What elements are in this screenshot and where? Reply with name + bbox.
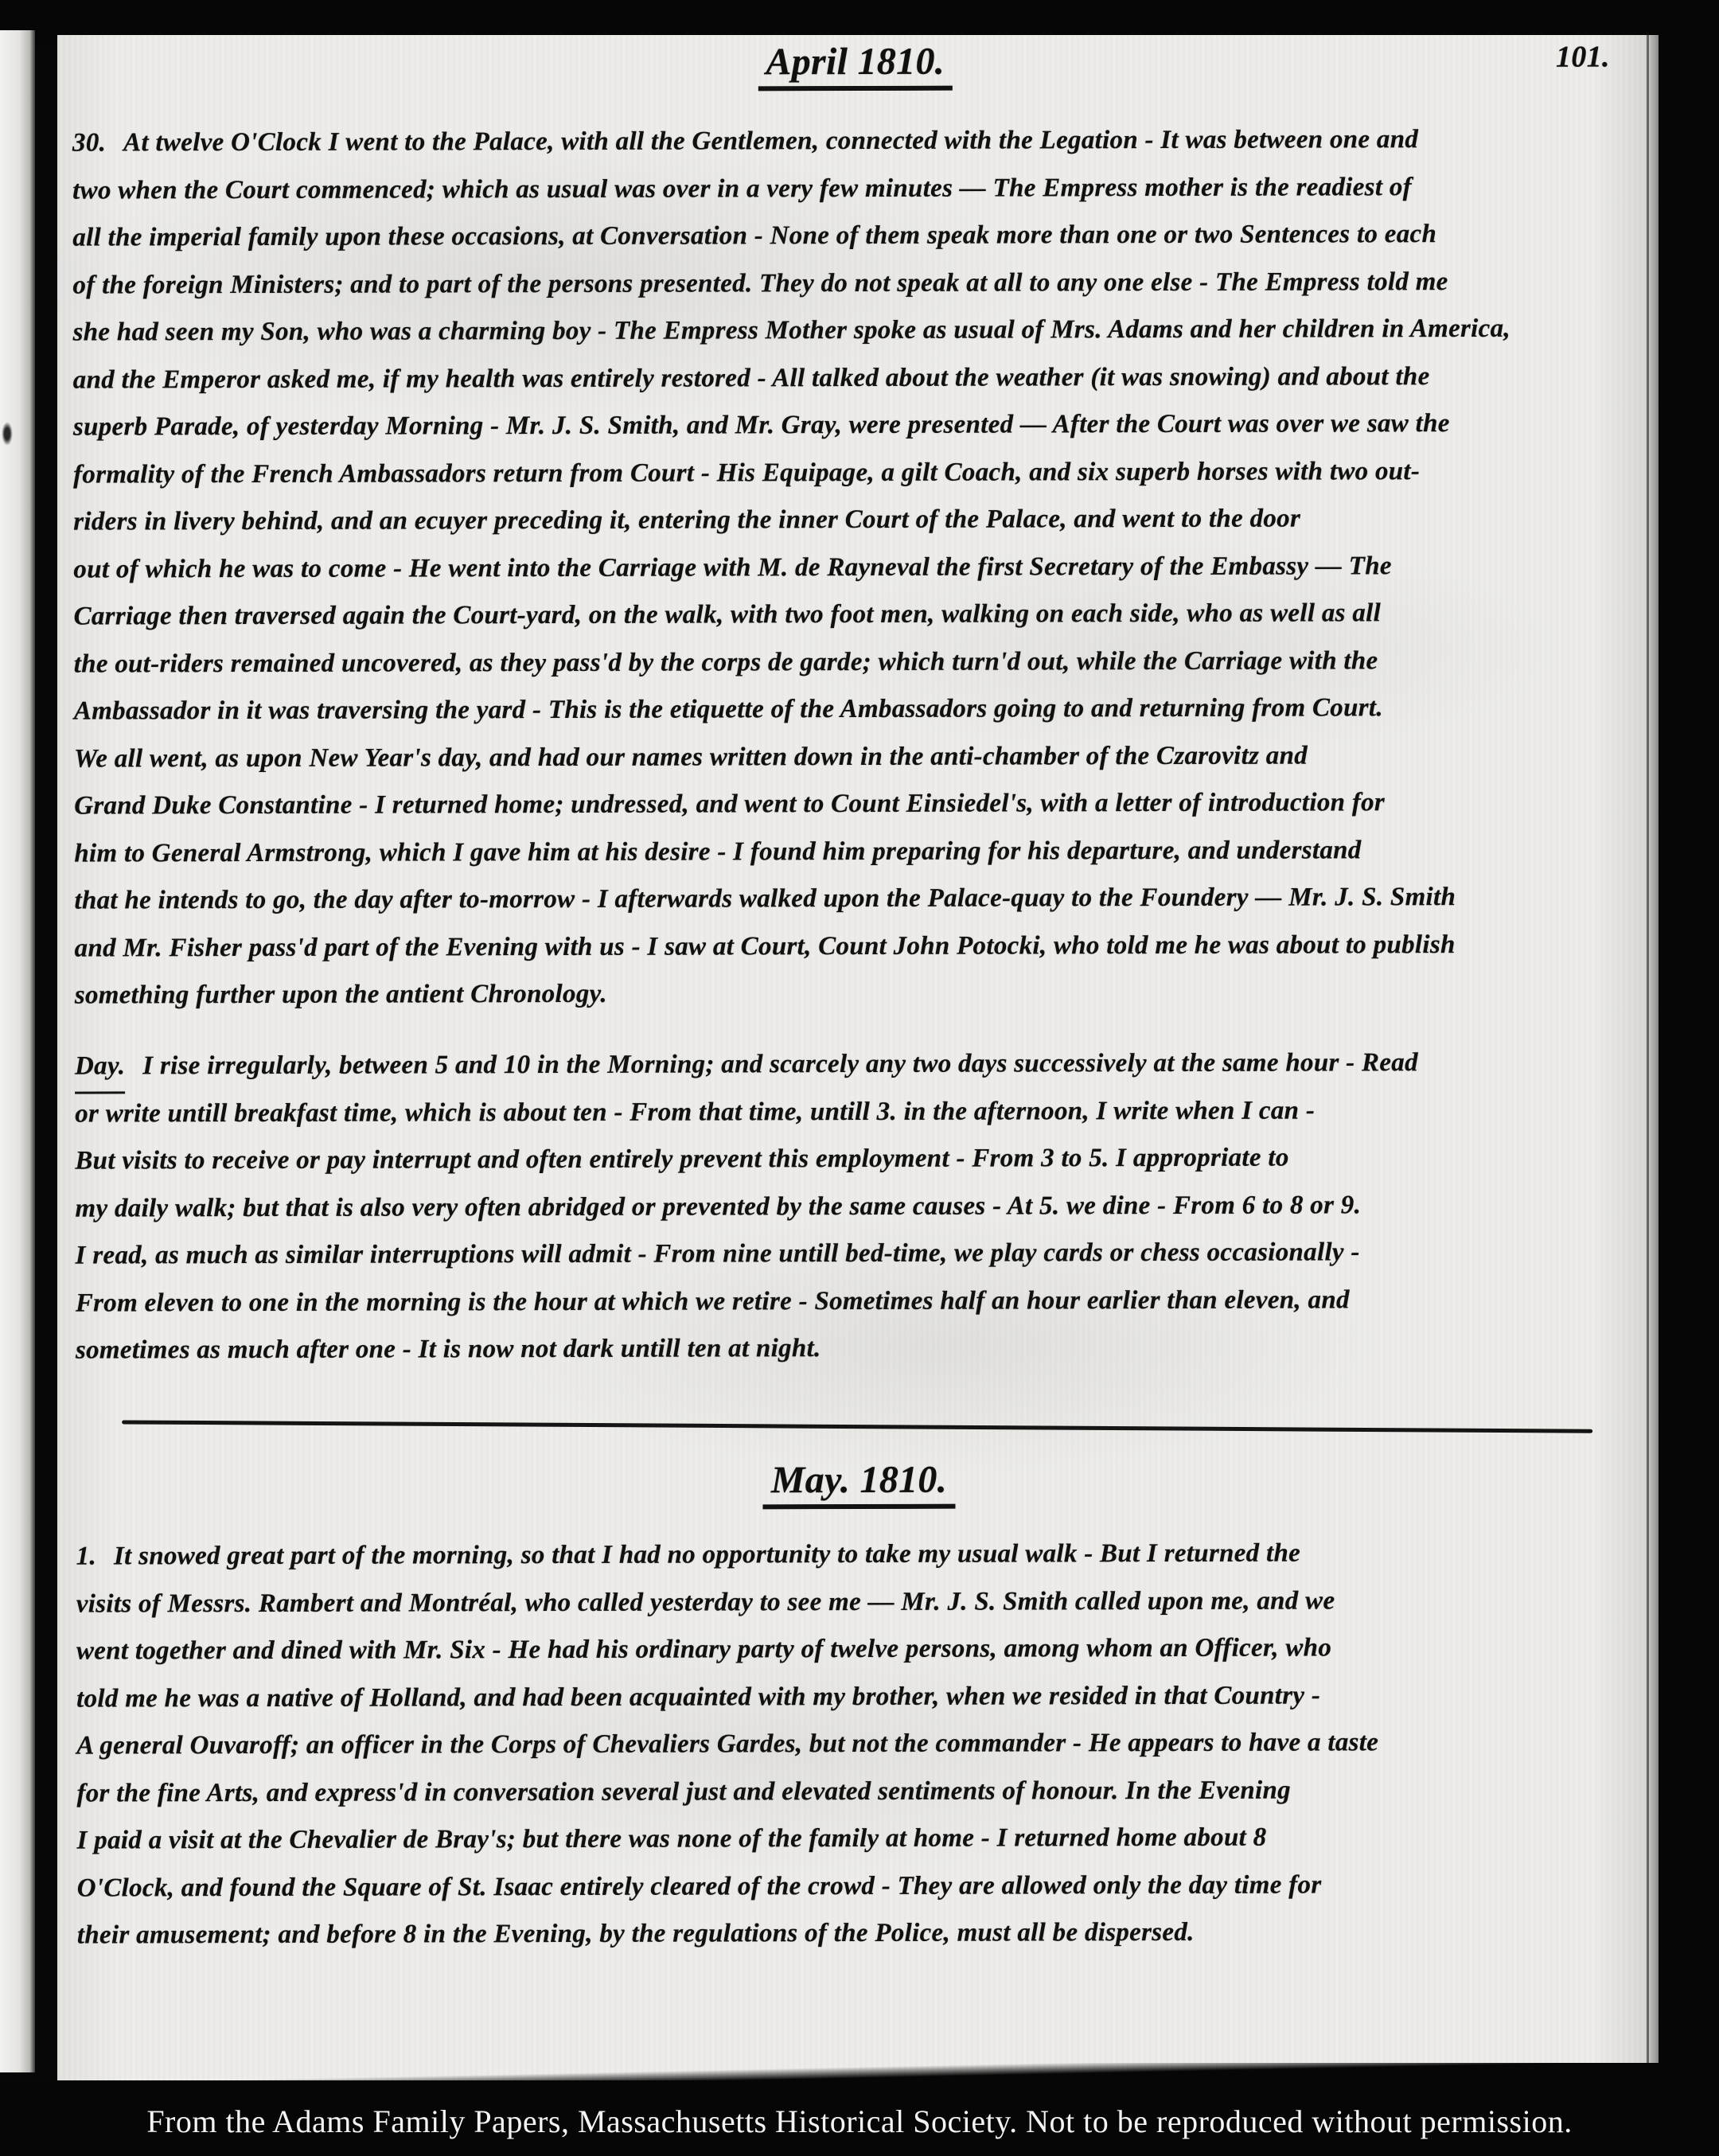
manuscript-line-text: It snowed great part of the morning, so … xyxy=(114,1539,1300,1571)
manuscript-line: From eleven to one in the morning is the… xyxy=(76,1276,1643,1328)
manuscript-line: I paid a visit at the Chevalier de Bray'… xyxy=(76,1813,1644,1865)
diary-page: 101. April 1810. 30.At twelve O'Clock I … xyxy=(57,35,1659,2080)
manuscript-line: But visits to receive or pay interrupt a… xyxy=(75,1133,1643,1185)
manuscript-line: the out-riders remained uncovered, as th… xyxy=(74,637,1642,688)
archive-credit-footer: From the Adams Family Papers, Massachuse… xyxy=(0,2103,1719,2140)
scan-right-border xyxy=(1659,0,1719,2156)
manuscript-line-text: I rise irregularly, between 5 and 10 in … xyxy=(142,1048,1418,1080)
section-heading-may: May. 1810. xyxy=(763,1458,955,1510)
stray-ink-mark xyxy=(2,422,13,446)
manuscript-line: out of which he was to come - He went in… xyxy=(73,542,1641,594)
manuscript-line: something further upon the antient Chron… xyxy=(75,968,1643,1020)
manuscript-line: him to General Armstrong, which I gave h… xyxy=(74,826,1642,878)
manuscript-line: of the foreign Ministers; and to part of… xyxy=(72,258,1640,310)
manuscript-line-text: At twelve O'Clock I went to the Palace, … xyxy=(123,125,1418,157)
section-divider-rule xyxy=(122,1420,1592,1433)
manuscript-line: all the imperial family upon these occas… xyxy=(72,210,1640,262)
manuscript-line: went together and dined with Mr. Six - H… xyxy=(76,1624,1644,1675)
manuscript-line: told me he was a native of Holland, and … xyxy=(76,1671,1644,1723)
manuscript-line: formality of the French Ambassadors retu… xyxy=(73,447,1641,499)
entry-date-label: 1. xyxy=(76,1534,97,1581)
manuscript-line: O'Clock, and found the Square of St. Isa… xyxy=(77,1861,1645,1912)
manuscript-line: visits of Messrs. Rambert and Montréal, … xyxy=(76,1577,1644,1628)
entry-may-1: 1.It snowed great part of the morning, s… xyxy=(76,1529,1645,1959)
manuscript-line: two when the Court commenced; which as u… xyxy=(72,163,1640,215)
adjacent-page-edge xyxy=(0,30,35,2072)
manuscript-line: or write untill breakfast time, which is… xyxy=(75,1086,1643,1138)
entry-april-30: 30.At twelve O'Clock I went to the Palac… xyxy=(72,115,1643,1020)
manuscript-line: Carriage then traversed again the Court-… xyxy=(73,589,1641,641)
manuscript-line: 1.It snowed great part of the morning, s… xyxy=(76,1529,1644,1581)
scan-top-border xyxy=(0,0,1719,35)
entry-april-day-routine: Day.I rise irregularly, between 5 and 10… xyxy=(75,1039,1643,1374)
may-heading-row: May. 1810. xyxy=(58,1456,1659,1511)
manuscript-line: Day.I rise irregularly, between 5 and 10… xyxy=(75,1039,1643,1090)
entry-date-label: 30. xyxy=(72,119,106,167)
manuscript-line: my daily walk; but that is also very oft… xyxy=(75,1181,1643,1233)
manuscript-line: We all went, as upon New Year's day, and… xyxy=(74,731,1642,783)
manuscript-line: their amusement; and before 8 in the Eve… xyxy=(77,1908,1645,1959)
manuscript-line: A general Ouvaroff; an officer in the Co… xyxy=(76,1718,1644,1770)
manuscript-line: I read, as much as similar interruptions… xyxy=(76,1228,1643,1280)
section-heading-april: April 1810. xyxy=(758,40,953,92)
page-edge-shadow xyxy=(1647,32,1649,2085)
manuscript-line: that he intends to go, the day after to-… xyxy=(74,873,1642,925)
entry-date-label: Day. xyxy=(75,1043,125,1094)
manuscript-line: she had seen my Son, who was a charming … xyxy=(73,305,1641,357)
manuscript-line: and the Emperor asked me, if my health w… xyxy=(73,353,1641,404)
manuscript-line: Ambassador in it was traversing the yard… xyxy=(74,684,1642,735)
manuscript-line: and Mr. Fisher pass'd part of the Evenin… xyxy=(75,921,1643,973)
manuscript-scan: 101. April 1810. 30.At twelve O'Clock I … xyxy=(0,0,1719,2156)
manuscript-line: Grand Duke Constantine - I returned home… xyxy=(74,778,1642,830)
manuscript-line: riders in livery behind, and an ecuyer p… xyxy=(73,494,1641,546)
manuscript-line: 30.At twelve O'Clock I went to the Palac… xyxy=(72,115,1640,167)
manuscript-line: sometimes as much after one - It is now … xyxy=(76,1323,1643,1374)
manuscript-line: for the fine Arts, and express'd in conv… xyxy=(76,1766,1644,1818)
april-heading-row: April 1810. xyxy=(55,37,1656,92)
manuscript-line: superb Parade, of yesterday Morning - Mr… xyxy=(73,400,1641,451)
